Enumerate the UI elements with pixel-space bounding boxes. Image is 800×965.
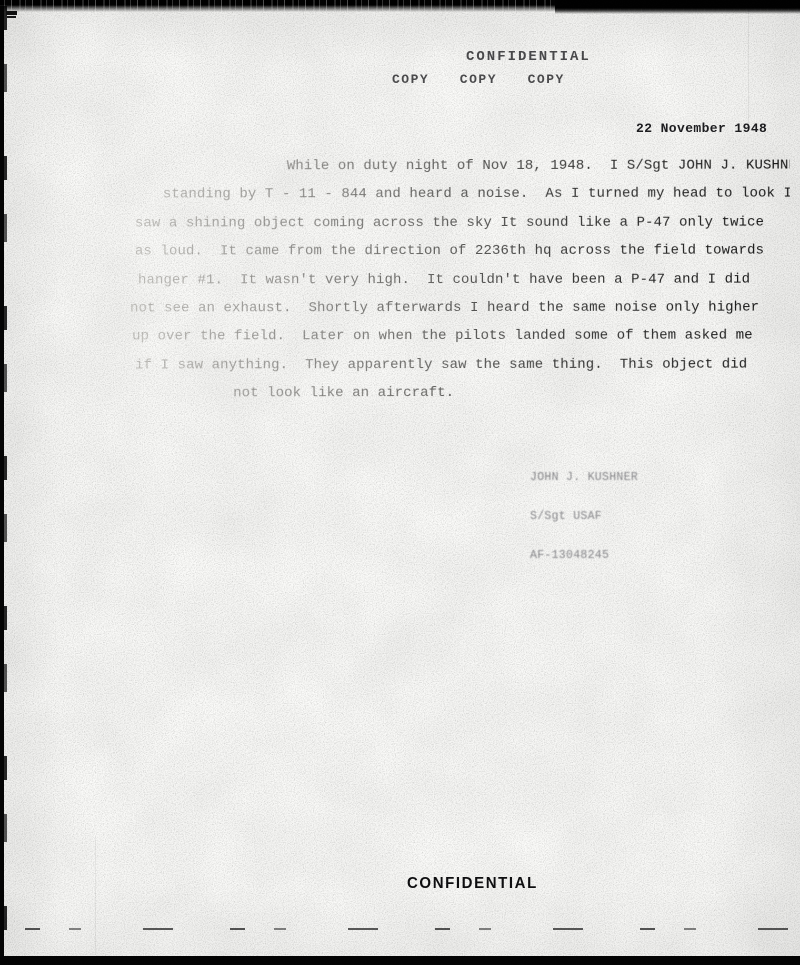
memo-date: 22 November 1948 <box>636 121 767 136</box>
memo-line: not see an exhaust. Shortly afterwards I… <box>130 293 790 322</box>
scan-vignette <box>0 0 800 965</box>
confidential-stamp-bottom: CONFIDENTIAL <box>407 875 538 893</box>
signature-block: JOHN J. KUSHNER S/Sgt USAF AF-13048245 <box>530 445 638 588</box>
film-edge-top-right <box>555 0 800 14</box>
signature-serial: AF-13048245 <box>530 549 638 562</box>
confidential-stamp-top: CONFIDENTIAL <box>466 49 591 65</box>
memo-line: While on duty night of Nov 18, 1948. I S… <box>130 152 790 181</box>
signature-rank: S/Sgt USAF <box>530 510 638 523</box>
memo-line: hanger #1. It wasn't very high. It could… <box>130 265 790 294</box>
memo-line: saw a shining object coming across the s… <box>130 208 790 237</box>
memo-body: While on duty night of Nov 18, 1948. I S… <box>130 152 790 408</box>
scan-fold-line-bottom <box>95 840 96 955</box>
signature-name: JOHN J. KUSHNER <box>530 471 638 484</box>
memo-line: up over the field. Later on when the pil… <box>130 322 790 351</box>
memo-line: if I saw anything. They apparently saw t… <box>130 350 790 379</box>
scan-corner-mark <box>6 11 17 15</box>
film-edge-left <box>0 6 4 959</box>
scan-fold-line-top <box>748 10 749 130</box>
scanned-memo-page: CONFIDENTIAL COPY COPY COPY 22 November … <box>0 0 800 965</box>
copy-label: COPY COPY COPY <box>392 72 565 87</box>
perforation-dashed-line <box>25 928 795 930</box>
paper-grain-texture <box>0 0 800 965</box>
film-edge-bottom <box>0 956 800 965</box>
memo-line: not look like an aircraft. <box>130 379 790 408</box>
memo-line: standing by T - 11 - 844 and heard a noi… <box>130 180 790 209</box>
memo-line: as loud. It came from the direction of 2… <box>130 237 790 266</box>
